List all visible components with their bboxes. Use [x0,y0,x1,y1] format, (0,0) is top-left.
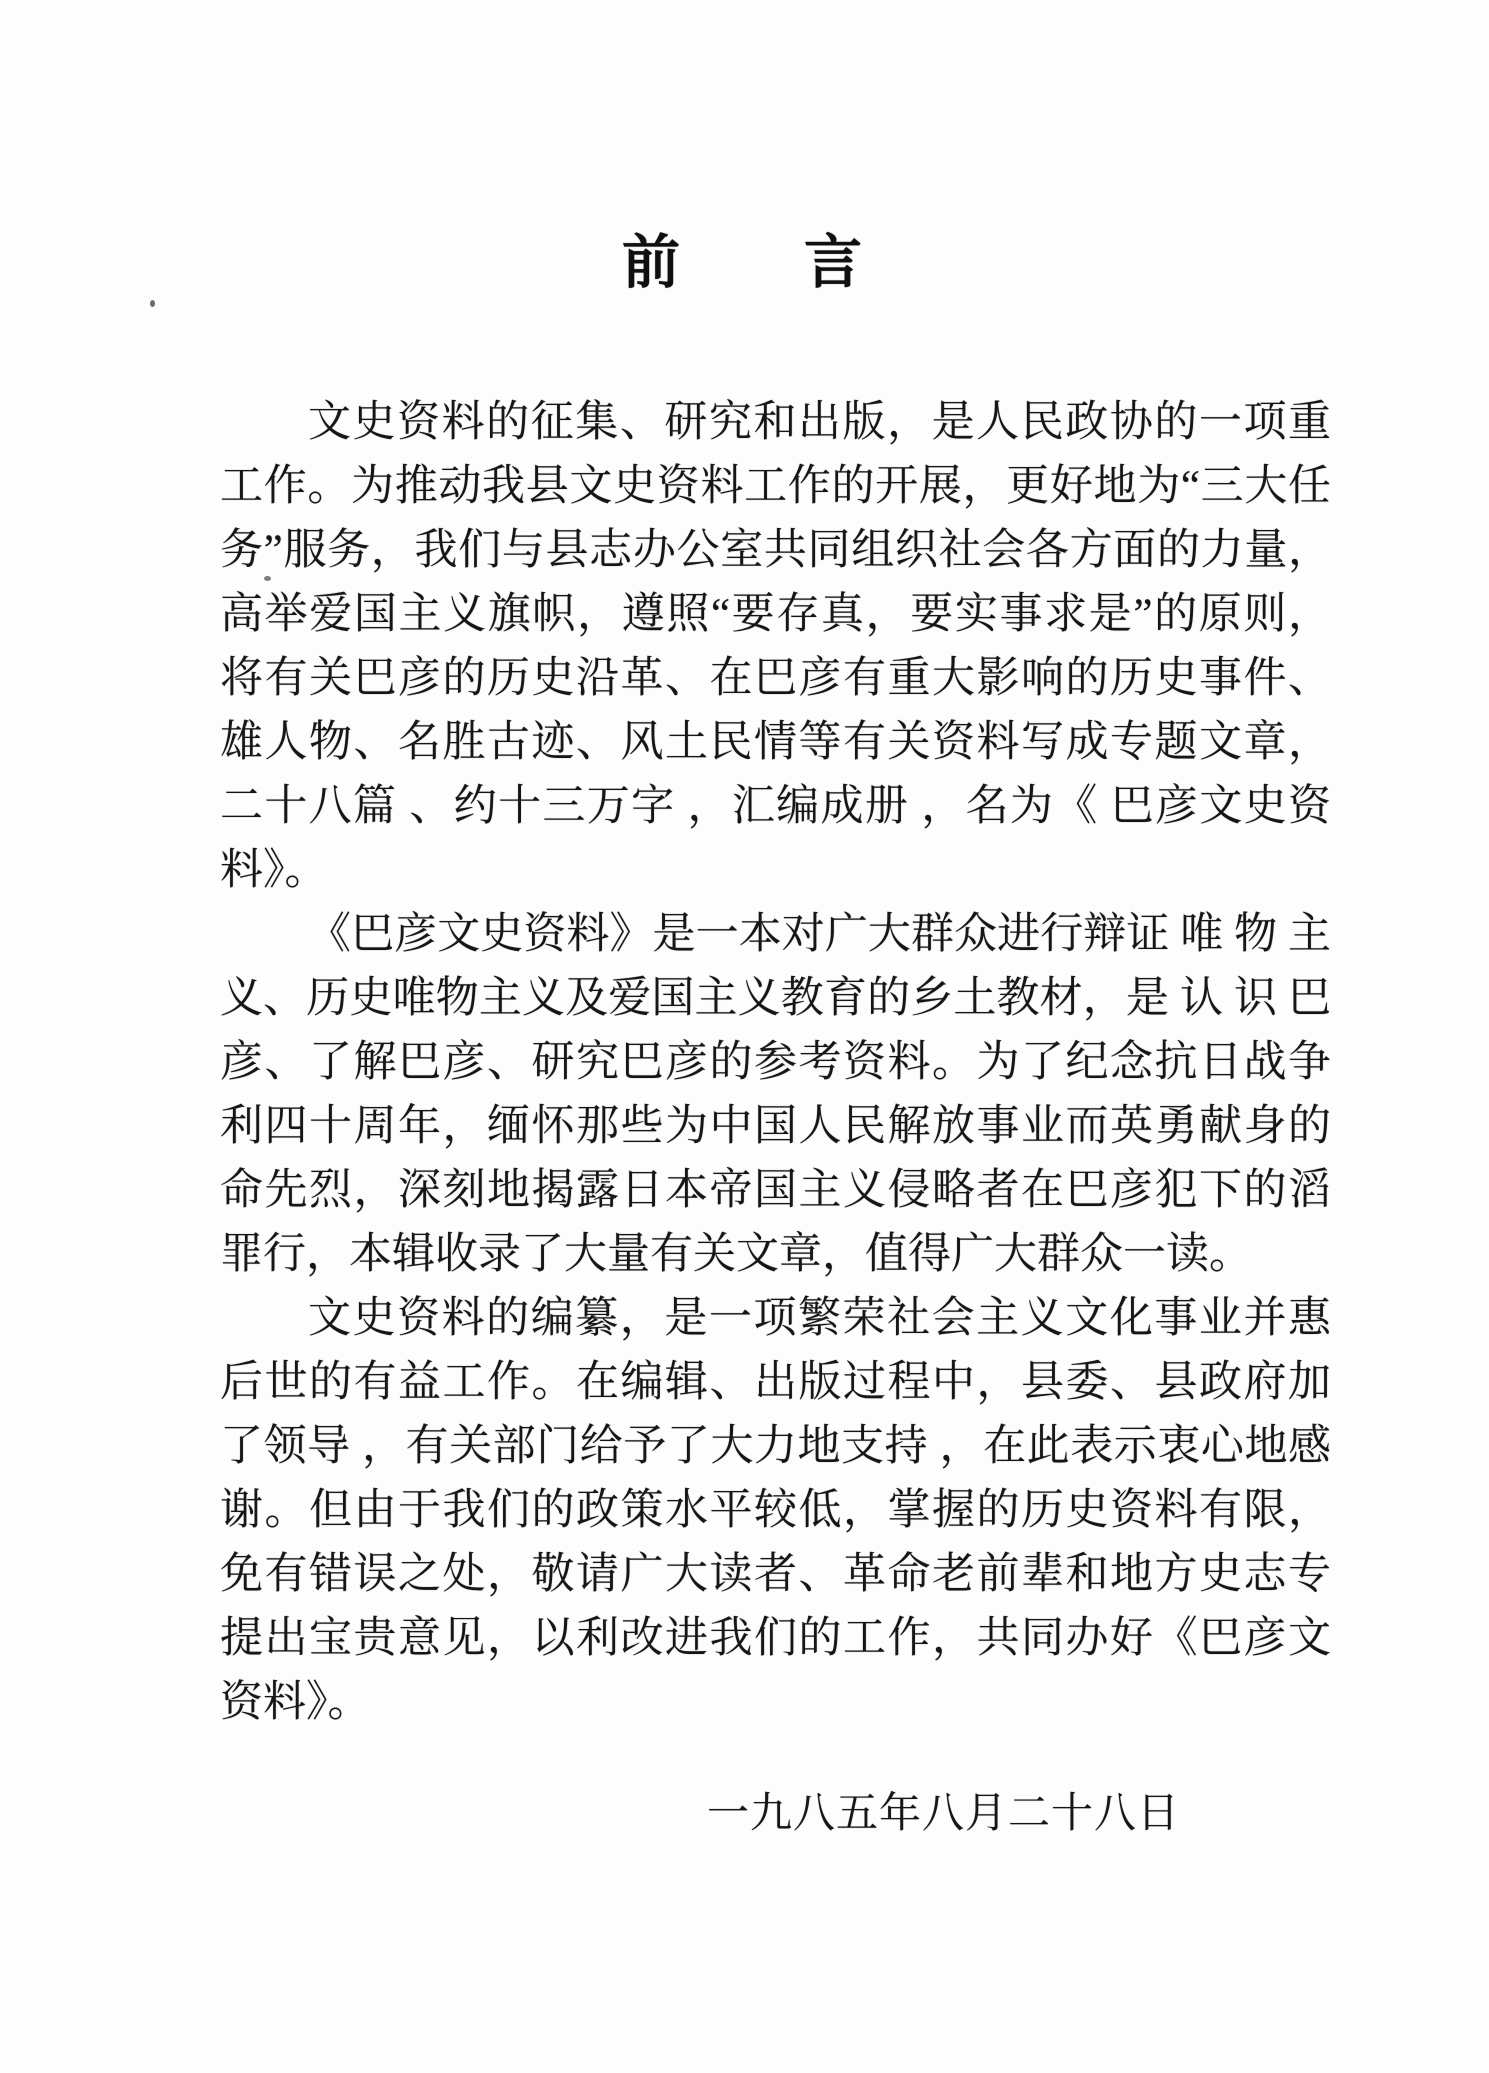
scanned-page: 前 言 文史资料的征集、研究和出版，是人民政协的一项重要 工作。为推动我县文史资… [0,0,1489,2073]
text-line: 料》。 [220,839,1331,903]
scan-speck [150,300,155,307]
text-line: 罪行，本辑收录了大量有关文章，值得广大群众一读。 [220,1223,1331,1287]
text-line: 雄人物、名胜古迹、风土民情等有关资料写成专题文章，共 [220,711,1331,775]
text-line: 工作。为推动我县文史资料工作的开展，更好地为“三大任 [220,455,1331,519]
text-line: 文史资料的征集、研究和出版，是人民政协的一项重要 [220,391,1331,455]
date-line: 一九八五年八月二十八日 [707,1782,1180,1846]
paragraph-3: 文史资料的编纂，是一项繁荣社会主义文化事业并惠及 后世的有益工作。在编辑、出版过… [220,1287,1331,1735]
text-line: 将有关巴彦的历史沿革、在巴彦有重大影响的历史事件、英 [220,647,1331,711]
text-line: 谢。但由于我们的政策水平较低，掌握的历史资料有限，难 [220,1479,1331,1543]
text-line: 二十八篇 、约十三万字 ，汇编成册 ，名为《 巴彦文史资 [220,775,1331,839]
text-line: 后世的有益工作。在编辑、出版过程中，县委、县政府加强 [220,1351,1331,1415]
text-line: 义、历史唯物主义及爱国主义教育的乡土教材，是 认 识 巴 [220,967,1331,1031]
title-char-qian: 前 [622,228,680,298]
preface-body: 文史资料的征集、研究和出版，是人民政协的一项重要 工作。为推动我县文史资料工作的… [220,391,1331,1735]
text-line: 资料》。 [220,1671,1331,1735]
text-line: 务”服务，我们与县志办公室共同组织社会各方面的力量， [220,519,1331,583]
page-title: 前 言 [622,228,862,298]
text-line: 彦、了解巴彦、研究巴彦的参考资料。为了纪念抗日战争胜 [220,1031,1331,1095]
text-line: 了领导 ，有关部门给予了大力地支持 ，在此表示衷心地感 [220,1415,1331,1479]
text-line: 文史资料的编纂，是一项繁荣社会主义文化事业并惠及 [220,1287,1331,1351]
text-line: 命先烈，深刻地揭露日本帝国主义侵略者在巴彦犯下的滔天 [220,1159,1331,1223]
text-line: 高举爱国主义旗帜，遵照“要存真，要实事求是”的原则， [220,583,1331,647]
paragraph-2: 《巴彦文史资料》是一本对广大群众进行辩证 唯 物 主 义、历史唯物主义及爱国主义… [220,903,1331,1287]
title-char-yan: 言 [804,228,862,298]
text-line: 提出宝贵意见，以利改进我们的工作，共同办好《巴彦文史 [220,1607,1331,1671]
scan-speck [264,576,271,581]
text-line: 《巴彦文史资料》是一本对广大群众进行辩证 唯 物 主 [220,903,1331,967]
text-line: 免有错误之处，敬请广大读者、革命老前辈和地方史志专家 [220,1543,1331,1607]
paragraph-1: 文史资料的征集、研究和出版，是人民政协的一项重要 工作。为推动我县文史资料工作的… [220,391,1331,903]
text-line: 利四十周年，缅怀那些为中国人民解放事业而英勇献身的革 [220,1095,1331,1159]
